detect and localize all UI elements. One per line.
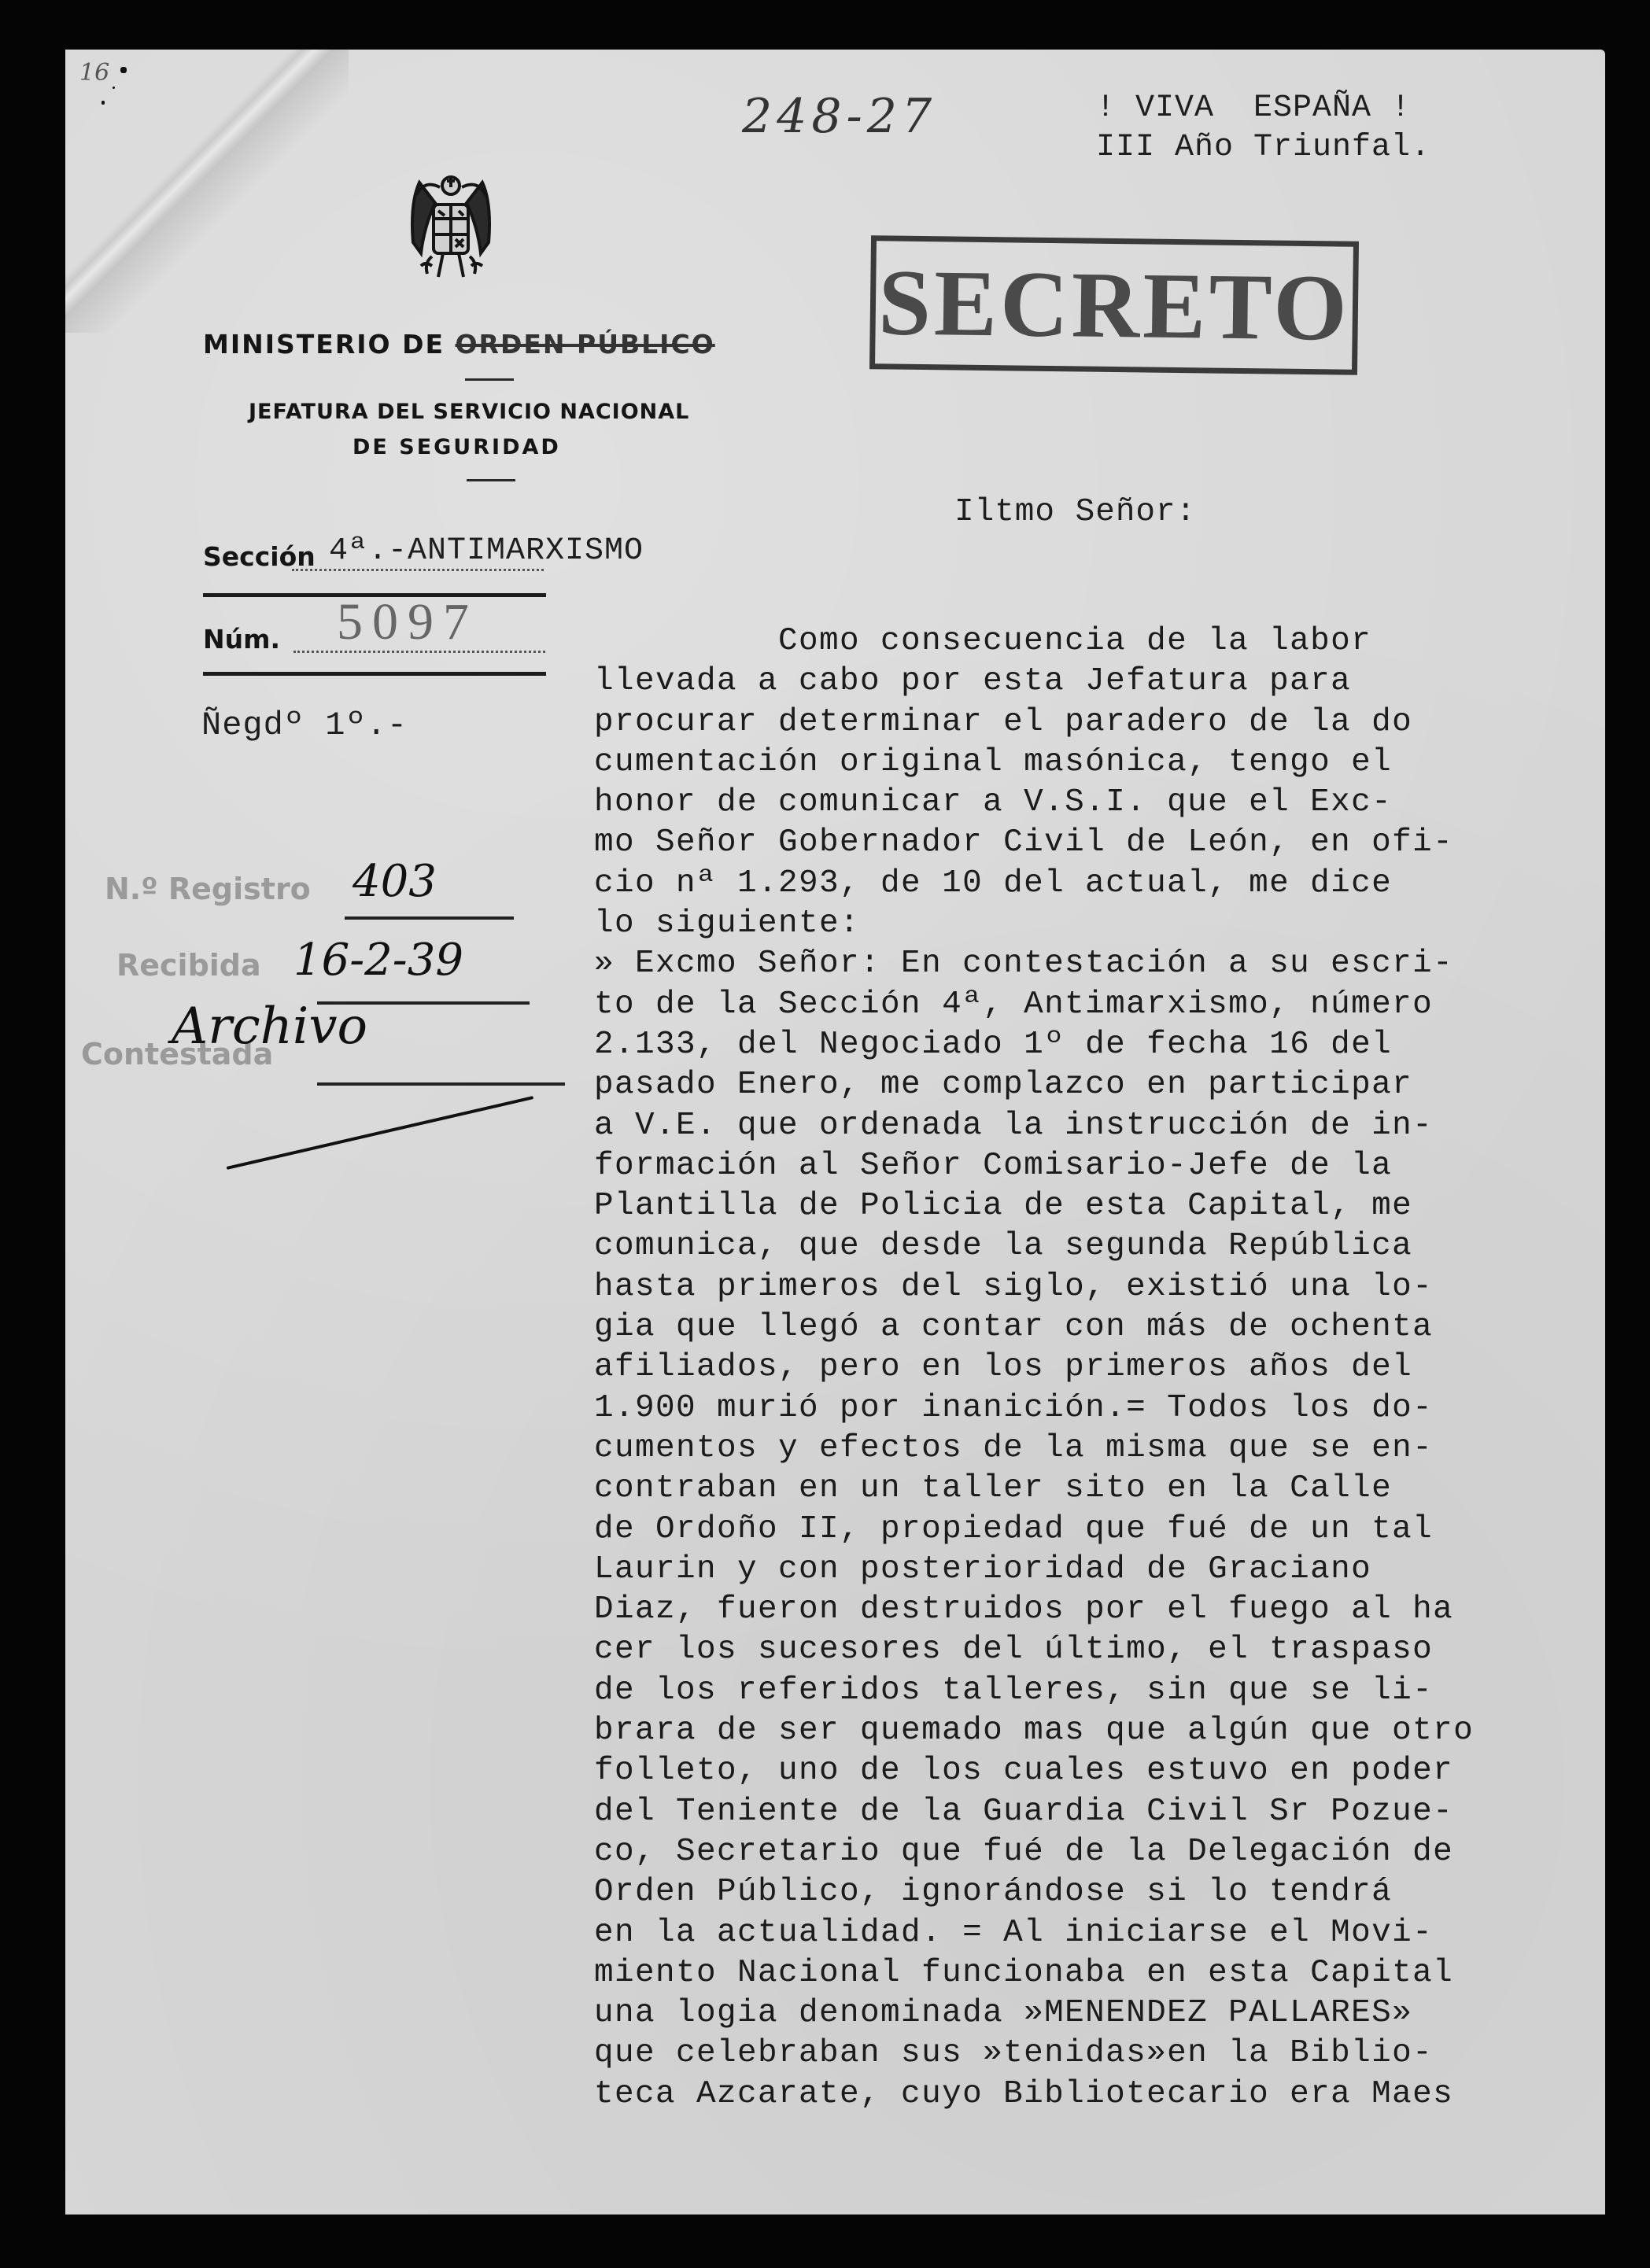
- ministry-heading: MINISTERIO DE ORDEN PÚBLICO: [203, 329, 715, 360]
- body-line: to de la Sección 4ª, Antimarxismo, númer…: [594, 985, 1617, 1025]
- registro-underline: [345, 916, 514, 920]
- registro-label: N.º Registro: [105, 872, 311, 906]
- dotted-fill-line: [292, 569, 544, 571]
- eagle-coat-of-arms-icon: [404, 171, 498, 282]
- letter-body: Como consecuencia de la laborllevada a c…: [594, 621, 1617, 2115]
- body-line: procurar determinar el paradero de la do: [594, 703, 1617, 743]
- form-rule: [203, 672, 546, 676]
- divider: [467, 479, 515, 481]
- salutation: Iltmo Señor:: [954, 494, 1196, 530]
- body-line: contraban en un taller sito en la Calle: [594, 1469, 1617, 1509]
- office-line-1: JEFATURA DEL SERVICIO NACIONAL: [249, 400, 689, 424]
- body-line: de los referidos talleres, sin que se li…: [594, 1671, 1617, 1711]
- seccion-value: 4ª.-ANTIMARXISMO: [329, 533, 644, 569]
- body-line: que celebraban sus »tenidas»en la Biblio…: [594, 2034, 1617, 2074]
- recibida-label: Recibida: [116, 948, 261, 983]
- body-line: pasado Enero, me complazco en participar: [594, 1065, 1617, 1105]
- body-line: cer los sucesores del último, el traspas…: [594, 1630, 1617, 1670]
- ink-speck: [102, 101, 105, 105]
- signature-flourish: [227, 1096, 534, 1170]
- divider: [465, 378, 514, 381]
- body-line: miento Nacional funcionaba en esta Capit…: [594, 1953, 1617, 1993]
- stamp-text: SECRETO: [877, 248, 1350, 362]
- dotted-fill-line: [293, 651, 545, 653]
- ink-speck: [120, 67, 127, 73]
- body-line: cumentos y efectos de la misma que se en…: [594, 1429, 1617, 1469]
- recibida-value-handwritten: 16-2-39: [293, 935, 463, 986]
- body-line: una logia denominada »MENENDEZ PALLARES»: [594, 1993, 1617, 2034]
- body-line: Plantilla de Policia de esta Capital, me: [594, 1186, 1617, 1226]
- body-line: co, Secretario que fué de la Delegación …: [594, 1832, 1617, 1872]
- body-line: mo Señor Gobernador Civil de León, en of…: [594, 823, 1617, 863]
- body-line: del Teniente de la Guardia Civil Sr Pozu…: [594, 1792, 1617, 1832]
- contestada-value-handwritten: Archivo: [172, 998, 367, 1056]
- body-line: Diaz, fueron destruidos por el fuego al …: [594, 1590, 1617, 1630]
- body-line: Orden Público, ignorándose si lo tendrá: [594, 1872, 1617, 1912]
- body-line: en la actualidad. = Al iniciarse el Movi…: [594, 1913, 1617, 1953]
- num-label: Núm.: [203, 624, 280, 655]
- page-number-handwritten: 16: [79, 59, 109, 87]
- body-line: de Ordoño II, propiedad que fué de un ta…: [594, 1510, 1617, 1550]
- body-line: brara de ser quemado mas que algún que o…: [594, 1711, 1617, 1751]
- paper-crease: [65, 50, 349, 333]
- body-line: llevada a cabo por esta Jefatura para: [594, 662, 1617, 702]
- ministry-struck-name: ORDEN PÚBLICO: [456, 329, 715, 360]
- body-line: 2.133, del Negociado 1º de fecha 16 del: [594, 1025, 1617, 1065]
- seccion-label: Sección: [203, 541, 316, 572]
- negociado: Ñegdº 1º.-: [201, 706, 408, 744]
- num-value-stamped: 5097: [337, 592, 478, 652]
- body-line: gia que llegó a contar con más de ochent…: [594, 1307, 1617, 1348]
- body-line: cio nª 1.293, de 10 del actual, me dice: [594, 864, 1617, 904]
- ink-speck: [113, 87, 115, 89]
- body-line: formación al Señor Comisario-Jefe de la: [594, 1146, 1617, 1186]
- body-line: Como consecuencia de la labor: [594, 621, 1617, 662]
- reference-code-handwritten: 248-27: [742, 89, 936, 144]
- body-line: teca Azcarate, cuyo Bibliotecario era Ma…: [594, 2074, 1617, 2115]
- registro-value-handwritten: 403: [353, 856, 437, 907]
- body-line: folleto, uno de los cuales estuvo en pod…: [594, 1751, 1617, 1791]
- ministry-prefix: MINISTERIO DE: [203, 329, 445, 360]
- slogan-line-2: III Año Triunfal.: [1096, 130, 1430, 165]
- body-line: Laurin y con posterioridad de Graciano: [594, 1550, 1617, 1590]
- document-page: 16 248-27 ! VIVA ESPAÑA ! III Año Triunf…: [65, 50, 1605, 2215]
- body-line: hasta primeros del siglo, existió una lo…: [594, 1267, 1617, 1307]
- contestada-underline: [317, 1082, 565, 1086]
- body-line: cumentación original masónica, tengo el: [594, 743, 1617, 783]
- body-line: afiliados, pero en los primeros años del: [594, 1348, 1617, 1388]
- body-line: 1.900 murió por inanición.= Todos los do…: [594, 1388, 1617, 1429]
- body-line: lo siguiente:: [594, 904, 1617, 944]
- slogan-line-1: ! VIVA ESPAÑA !: [1096, 90, 1411, 126]
- body-line: honor de comunicar a V.S.I. que el Exc-: [594, 783, 1617, 823]
- body-line: comunica, que desde la segunda República: [594, 1226, 1617, 1267]
- body-line: a V.E. que ordenada la instrucción de in…: [594, 1106, 1617, 1146]
- office-line-2: DE SEGURIDAD: [353, 435, 561, 459]
- body-line: » Excmo Señor: En contestación a su escr…: [594, 944, 1617, 984]
- secret-classification-stamp: SECRETO: [869, 235, 1359, 375]
